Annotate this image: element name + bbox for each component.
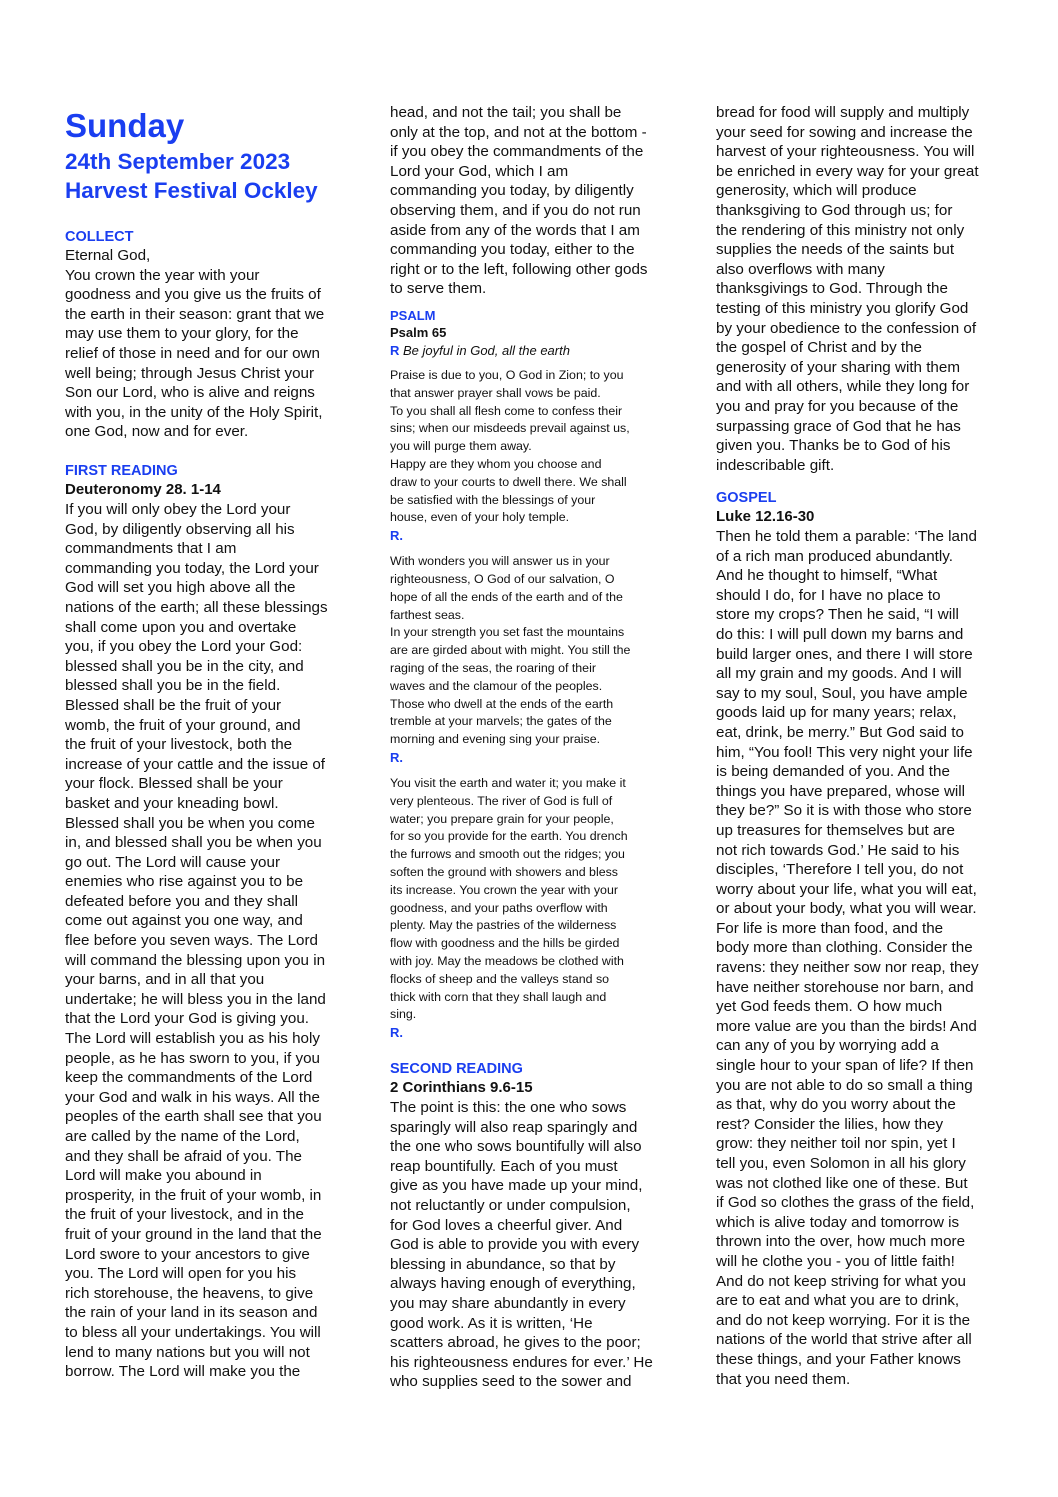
- psalm-heading: PSALM: [390, 307, 630, 324]
- text-line: To you shall all flesh come to confess t…: [390, 403, 630, 421]
- text-line: you will purge them away.: [390, 438, 630, 456]
- text-line: tremble at your marvels; the gates of th…: [390, 713, 630, 731]
- text-line: defeated before you and they shall: [65, 892, 328, 912]
- text-line: with joy. May the meadows be clothed wit…: [390, 953, 630, 971]
- psalm-stanza-1-response: R.: [390, 527, 630, 545]
- text-line: borrow. The Lord will make you the: [65, 1362, 328, 1382]
- text-line: and do not keep worrying. For it is the: [716, 1311, 979, 1331]
- text-line: be enriched in every way for your great: [716, 162, 979, 182]
- text-line: build larger ones, and there I will stor…: [716, 645, 979, 665]
- text-line: only at the top, and not at the bottom -: [390, 123, 648, 143]
- text-line: one God, now and for ever.: [65, 422, 324, 442]
- text-line: reap bountifully. Each of you must: [390, 1157, 653, 1177]
- text-line: your flock. Blessed shall be your: [65, 774, 328, 794]
- text-line: if God so clothes the grass of the field…: [716, 1193, 979, 1213]
- text-line: observing them, and if you do not run: [390, 201, 648, 221]
- text-line: the one who sows bountifully will also: [390, 1137, 653, 1157]
- response-text: Be joyful in God, all the earth: [403, 343, 570, 358]
- second-reading-continued: bread for food will supply and multiplyy…: [716, 103, 979, 475]
- text-line: surpassing grace of God that he has: [716, 417, 979, 437]
- first-reading-section: FIRST READING Deuteronomy 28. 1-14 If yo…: [65, 462, 328, 1382]
- text-line: given you. Thanks be to God of his: [716, 436, 979, 456]
- text-line: relief of those in need and for our own: [65, 344, 324, 364]
- text-line: enemies who rise against you to be: [65, 872, 328, 892]
- text-line: grow: they neither toil nor spin, yet I: [716, 1134, 979, 1154]
- text-line: head, and not the tail; you shall be: [390, 103, 648, 123]
- text-line: who supplies seed to the sower and: [390, 1372, 653, 1392]
- second-reading-section: SECOND READING 2 Corinthians 9.6-15 The …: [390, 1060, 653, 1392]
- text-line: in, and blessed shall you be when you: [65, 833, 328, 853]
- text-line: flocks of sheep and the valleys stand so: [390, 971, 630, 989]
- text-line: Then he told them a parable: ‘The land: [716, 527, 979, 547]
- text-line: well being; through Jesus Christ your: [65, 364, 324, 384]
- text-line: the rain of your land in its season and: [65, 1303, 328, 1323]
- text-line: as that, why do you worry about the: [716, 1095, 979, 1115]
- text-line: nations of the world that strive after a…: [716, 1330, 979, 1350]
- text-line: raging of the seas, the roaring of their: [390, 660, 630, 678]
- text-line: goods laid up for many years; relax,: [716, 703, 979, 723]
- text-line: nations of the earth; all these blessing…: [65, 598, 328, 618]
- text-line: can any of you by worrying add a: [716, 1036, 979, 1056]
- text-line: not rich towards God.’ He said to his: [716, 841, 979, 861]
- text-line: ravens: they neither sow nor reap, they: [716, 958, 979, 978]
- text-line: these things, and your Father knows: [716, 1350, 979, 1370]
- text-line: indescribable gift.: [716, 456, 979, 476]
- text-line: And he thought to himself, “What: [716, 566, 979, 586]
- text-line: water; you prepare grain for your people…: [390, 811, 630, 829]
- text-line: soften the ground with showers and bless: [390, 864, 630, 882]
- text-line: tell you, even Solomon in all his glory: [716, 1154, 979, 1174]
- text-line: you and pray for you because of the: [716, 397, 979, 417]
- text-line: you may share abundantly in every: [390, 1294, 653, 1314]
- text-line: the rendering of this ministry not only: [716, 221, 979, 241]
- psalm-reference: Psalm 65: [390, 324, 630, 342]
- text-line: people, as he has sworn to you, if you: [65, 1049, 328, 1069]
- first-reading-reference: Deuteronomy 28. 1-14: [65, 480, 328, 500]
- text-line: The point is this: the one who sows: [390, 1098, 653, 1118]
- text-line: rich storehouse, the heavens, to give: [65, 1284, 328, 1304]
- text-line: Eternal God,: [65, 246, 324, 266]
- text-line: The Lord will establish you as his holy: [65, 1029, 328, 1049]
- text-line: increase of your cattle and the issue of: [65, 755, 328, 775]
- text-line: peoples of the earth shall see that you: [65, 1107, 328, 1127]
- text-line: single hour to your span of life? If the…: [716, 1056, 979, 1076]
- text-line: have neither storehouse nor barn, and: [716, 978, 979, 998]
- text-line: Happy are they whom you choose and: [390, 456, 630, 474]
- text-line: your barns, and in all that you: [65, 970, 328, 990]
- text-line: right or to the left, following other go…: [390, 260, 648, 280]
- text-line: good work. As it is written, ‘He: [390, 1314, 653, 1334]
- text-line: supplies the needs of the saints but: [716, 240, 979, 260]
- text-line: God will set you high above all the: [65, 578, 328, 598]
- text-line: the fruit of your livestock, both the: [65, 735, 328, 755]
- text-line: sparingly will also reap sparingly and: [390, 1118, 653, 1138]
- service-date: 24th September 2023: [65, 147, 290, 176]
- text-line: do this: I will pull down my barns and: [716, 625, 979, 645]
- text-line: And do not keep striving for what you: [716, 1272, 979, 1292]
- text-line: are are girded about with might. You sti…: [390, 642, 630, 660]
- text-line: thick with corn that they shall laugh an…: [390, 989, 630, 1007]
- text-line: not reluctantly or under compulsion,: [390, 1196, 653, 1216]
- text-line: Son our Lord, who is alive and reigns: [65, 383, 324, 403]
- text-line: you, if you obey the Lord your God:: [65, 637, 328, 657]
- text-line: and with all others, while they long for: [716, 377, 979, 397]
- text-line: commanding you today, by diligently: [390, 181, 648, 201]
- second-reading-heading: SECOND READING: [390, 1060, 653, 1078]
- text-line: up treasures for themselves but are: [716, 821, 979, 841]
- text-line: are to eat and what you are to drink,: [716, 1291, 979, 1311]
- text-line: store my crops? Then he said, “I will: [716, 605, 979, 625]
- text-line: lend to many nations but you will not: [65, 1343, 328, 1363]
- text-line: God is able to provide you with every: [390, 1235, 653, 1255]
- text-line: generosity of your sharing with them: [716, 358, 979, 378]
- text-line: basket and your kneading bowl.: [65, 794, 328, 814]
- text-line: that answer prayer shall vows be paid.: [390, 385, 630, 403]
- text-line: Lord swore to your ancestors to give: [65, 1245, 328, 1265]
- text-line: goodness and you give us the fruits of: [65, 285, 324, 305]
- text-line: fruit of your ground in the land that th…: [65, 1225, 328, 1245]
- psalm-response: R Be joyful in God, all the earth: [390, 342, 630, 360]
- text-line: things you have prepared, whose will: [716, 782, 979, 802]
- text-line: all my grain and my goods. And I will: [716, 664, 979, 684]
- gospel-reference: Luke 12.16-30: [716, 507, 979, 527]
- text-line: blessed shall you be in the city, and: [65, 657, 328, 677]
- text-line: the earth in their season: grant that we: [65, 305, 324, 325]
- text-line: Blessed shall you be when you come: [65, 814, 328, 834]
- text-line: flow with goodness and the hills be gird…: [390, 935, 630, 953]
- text-line: go out. The Lord will cause your: [65, 853, 328, 873]
- text-line: sins; when our misdeeds prevail against …: [390, 420, 630, 438]
- text-line: may use them to your glory, for the: [65, 324, 324, 344]
- text-line: house, even of your holy temple.: [390, 509, 630, 527]
- text-line: waves and the clamour of the peoples.: [390, 678, 630, 696]
- text-line: which is alive today and tomorrow is: [716, 1213, 979, 1233]
- text-line: shall come upon you and overtake: [65, 618, 328, 638]
- text-line: will he clothe you - you of little faith…: [716, 1252, 979, 1272]
- psalm-stanza-3-response: R.: [390, 1024, 630, 1042]
- text-line: for God loves a cheerful giver. And: [390, 1216, 653, 1236]
- text-line: yet God feeds them. O how much: [716, 997, 979, 1017]
- text-line: is being demanded of you. And the: [716, 762, 979, 782]
- text-line: your seed for sowing and increase the: [716, 123, 979, 143]
- first-reading-text-part1: If you will only obey the Lord yourGod, …: [65, 500, 328, 1382]
- text-line: For life is more than food, and the: [716, 919, 979, 939]
- text-line: commandments that I am: [65, 539, 328, 559]
- text-line: disciples, ‘Therefore I tell you, do not: [716, 860, 979, 880]
- text-line: of a rich man produced abundantly.: [716, 547, 979, 567]
- text-line: very plenteous. The river of God is full…: [390, 793, 630, 811]
- text-line: Blessed shall be the fruit of your: [65, 696, 328, 716]
- text-line: its increase. You crown the year with yo…: [390, 882, 630, 900]
- text-line: will command the blessing upon you in: [65, 951, 328, 971]
- text-line: give as you have made up your mind,: [390, 1176, 653, 1196]
- text-line: God, by diligently observing all his: [65, 520, 328, 540]
- text-line: and they shall be afraid of you. The: [65, 1147, 328, 1167]
- text-line: more value are you than the birds! And: [716, 1017, 979, 1037]
- second-reading-reference: 2 Corinthians 9.6-15: [390, 1078, 653, 1098]
- text-line: the fruit of your livestock, and in the: [65, 1205, 328, 1225]
- text-line: always having enough of everything,: [390, 1274, 653, 1294]
- text-line: generosity, which will produce: [716, 181, 979, 201]
- second-reading-text-part1: The point is this: the one who sowsspari…: [390, 1098, 653, 1392]
- text-line: In your strength you set fast the mounta…: [390, 624, 630, 642]
- text-line: commanding you today, either to the: [390, 240, 648, 260]
- text-line: plenty. May the pastries of the wilderne…: [390, 917, 630, 935]
- text-line: the furrows and smooth out the ridges; y…: [390, 846, 630, 864]
- text-line: flee before you seven ways. The Lord: [65, 931, 328, 951]
- text-line: thrown into the over, how much more: [716, 1232, 979, 1252]
- text-line: or about your body, what you will wear.: [716, 899, 979, 919]
- text-line: his righteousness endures for ever.’ He: [390, 1353, 653, 1373]
- text-line: to serve them.: [390, 279, 648, 299]
- page-title: Sunday: [65, 106, 184, 146]
- psalm-stanza-1: Praise is due to you, O God in Zion; to …: [390, 367, 630, 527]
- text-line: worry about your life, what you will eat…: [716, 880, 979, 900]
- text-line: righteousness, O God of our salvation, O: [390, 571, 630, 589]
- text-line: commanding you today, the Lord your: [65, 559, 328, 579]
- second-reading-text-part2: bread for food will supply and multiplyy…: [716, 103, 979, 475]
- text-line: hope of all the ends of the earth and of…: [390, 589, 630, 607]
- text-line: rest? Consider the lilies, how they: [716, 1115, 979, 1135]
- text-line: eat, drink, be merry.” But God said to: [716, 723, 979, 743]
- text-line: harvest of your righteousness. You will: [716, 142, 979, 162]
- text-line: you are not able to do so small a thing: [716, 1076, 979, 1096]
- collect-section: COLLECT Eternal God,You crown the year w…: [65, 228, 324, 442]
- text-line: with you, in the unity of the Holy Spiri…: [65, 403, 324, 423]
- text-line: are called by the name of the Lord,: [65, 1127, 328, 1147]
- text-line: thanksgiving to God through us; for: [716, 201, 979, 221]
- text-line: was not clothed like one of these. But: [716, 1174, 979, 1194]
- text-line: farthest seas.: [390, 607, 630, 625]
- text-line: if you obey the commandments of the: [390, 142, 648, 162]
- collect-text: Eternal God,You crown the year with your…: [65, 246, 324, 442]
- text-line: bread for food will supply and multiply: [716, 103, 979, 123]
- text-line: be satisfied with the blessings of your: [390, 492, 630, 510]
- text-line: Those who dwell at the ends of the earth: [390, 696, 630, 714]
- text-line: to bless all your undertakings. You will: [65, 1323, 328, 1343]
- text-line: You crown the year with your: [65, 266, 324, 286]
- text-line: sing.: [390, 1006, 630, 1024]
- text-line: for so you provide for the earth. You dr…: [390, 828, 630, 846]
- text-line: that you need them.: [716, 1370, 979, 1390]
- first-reading-text-part2: head, and not the tail; you shall beonly…: [390, 103, 648, 299]
- gospel-section: GOSPEL Luke 12.16-30 Then he told them a…: [716, 489, 979, 1389]
- text-line: blessing in abundance, so that by: [390, 1255, 653, 1275]
- text-line: they be?” So it is with those who store: [716, 801, 979, 821]
- text-line: If you will only obey the Lord your: [65, 500, 328, 520]
- text-line: aside from any of the words that I am: [390, 221, 648, 241]
- first-reading-heading: FIRST READING: [65, 462, 328, 480]
- service-occasion: Harvest Festival Ockley: [65, 176, 318, 205]
- collect-heading: COLLECT: [65, 228, 324, 246]
- text-line: that the Lord your God is giving you.: [65, 1009, 328, 1029]
- text-line: womb, the fruit of your ground, and: [65, 716, 328, 736]
- text-line: keep the commandments of the Lord: [65, 1068, 328, 1088]
- text-line: thanksgivings to God. Through the: [716, 279, 979, 299]
- psalm-stanza-2: With wonders you will answer us in yourr…: [390, 553, 630, 749]
- text-line: Praise is due to you, O God in Zion; to …: [390, 367, 630, 385]
- psalm-stanza-3: You visit the earth and water it; you ma…: [390, 775, 630, 1024]
- text-line: Lord your God, which I am: [390, 162, 648, 182]
- text-line: by your obedience to the confession of: [716, 319, 979, 339]
- text-line: blessed shall you be in the field.: [65, 676, 328, 696]
- text-line: scatters abroad, he gives to the poor;: [390, 1333, 653, 1353]
- text-line: undertake; he will bless you in the land: [65, 990, 328, 1010]
- text-line: also overflows with many: [716, 260, 979, 280]
- text-line: say to my soul, Soul, you have ample: [716, 684, 979, 704]
- gospel-heading: GOSPEL: [716, 489, 979, 507]
- text-line: him, “You fool! This very night your lif…: [716, 743, 979, 763]
- text-line: morning and evening sing your praise.: [390, 731, 630, 749]
- text-line: testing of this ministry you glorify God: [716, 299, 979, 319]
- text-line: draw to your courts to dwell there. We s…: [390, 474, 630, 492]
- psalm-stanza-2-response: R.: [390, 749, 630, 767]
- text-line: should I do, for I have no place to: [716, 586, 979, 606]
- text-line: body more than clothing. Consider the: [716, 938, 979, 958]
- text-line: You visit the earth and water it; you ma…: [390, 775, 630, 793]
- response-marker: R: [390, 343, 399, 358]
- text-line: prosperity, in the fruit of your womb, i…: [65, 1186, 328, 1206]
- text-line: your God and walk in his ways. All the: [65, 1088, 328, 1108]
- text-line: goodness, and your paths overflow with: [390, 900, 630, 918]
- gospel-text: Then he told them a parable: ‘The landof…: [716, 527, 979, 1389]
- first-reading-continued: head, and not the tail; you shall beonly…: [390, 103, 648, 299]
- text-line: the gospel of Christ and by the: [716, 338, 979, 358]
- text-line: Lord will make you abound in: [65, 1166, 328, 1186]
- psalm-section: PSALM Psalm 65 R Be joyful in God, all t…: [390, 307, 630, 1042]
- text-line: come out against you one way, and: [65, 911, 328, 931]
- text-line: you. The Lord will open for you his: [65, 1264, 328, 1284]
- text-line: With wonders you will answer us in your: [390, 553, 630, 571]
